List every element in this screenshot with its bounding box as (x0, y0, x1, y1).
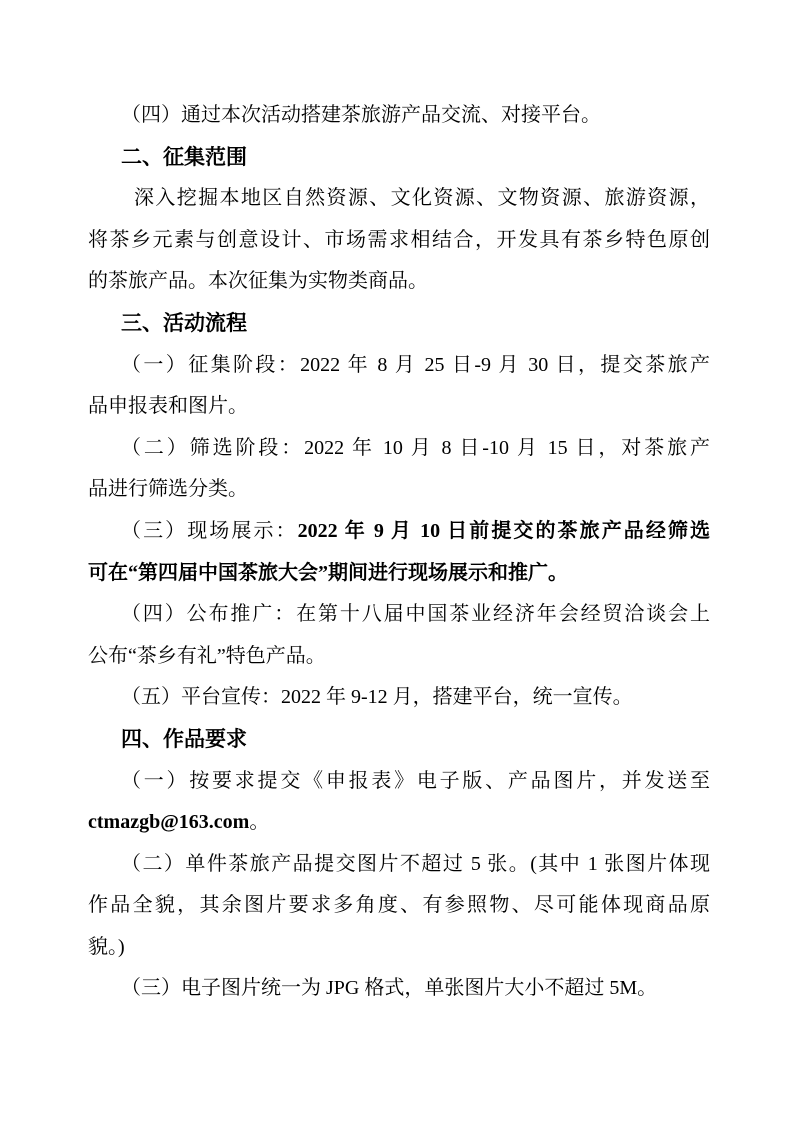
paragraph-line: （三）电子图片统一为 JPG 格式，单张图片大小不超过 5M。 (88, 968, 710, 1010)
paragraph-line: 品申报表和图片。 (88, 386, 710, 428)
paragraph-line: 的茶旅产品。本次征集为实物类商品。 (88, 261, 710, 303)
paragraph-line: 公布“茶乡有礼”特色产品。 (88, 636, 710, 678)
text-segment: （三）电子图片统一为 JPG 格式，单张图片大小不超过 5M。 (121, 977, 657, 999)
text-segment: （二）筛选阶段：2022 年 10 月 8 日-10 月 15 日，对茶旅产 (121, 437, 710, 459)
document-page: （四）通过本次活动搭建茶旅游产品交流、对接平台。二、征集范围深入挖掘本地区自然资… (0, 0, 794, 1123)
paragraph-line: （四）通过本次活动搭建茶旅游产品交流、对接平台。 (88, 95, 710, 137)
text-segment: 貌。) (88, 936, 125, 958)
text-segment: （五）平台宣传：2022 年 9-12 月，搭建平台，统一宣传。 (121, 686, 633, 708)
paragraph-line: （三）现场展示：2022 年 9 月 10 日前提交的茶旅产品经筛选 (88, 511, 710, 553)
text-segment: 品进行筛选分类。 (88, 478, 248, 500)
text-segment: （二）单件茶旅产品提交图片不超过 5 张。(其中 1 张图片体现 (121, 853, 710, 875)
paragraph-line: （二）单件茶旅产品提交图片不超过 5 张。(其中 1 张图片体现 (88, 844, 710, 886)
paragraph-line: 作品全貌，其余图片要求多角度、有参照物、尽可能体现商品原 (88, 885, 710, 927)
paragraph-line: （一）征集阶段：2022 年 8 月 25 日-9 月 30 日，提交茶旅产 (88, 345, 710, 387)
emphasized-text-segment: 四、作品要求 (121, 728, 247, 751)
emphasized-text-segment: 二、征集范围 (121, 146, 247, 169)
text-segment: （三）现场展示： (121, 520, 298, 542)
emphasized-text-segment: 可在“第四届中国茶旅大会”期间进行现场展示和推广。 (88, 562, 568, 584)
text-segment: （四）公布推广：在第十八届中国茶业经济年会经贸洽谈会上 (121, 603, 710, 625)
emphasized-text-segment: 三、活动流程 (121, 312, 247, 335)
paragraph-line: 深入挖掘本地区自然资源、文化资源、文物资源、旅游资源， (88, 178, 710, 220)
paragraph-line: （四）公布推广：在第十八届中国茶业经济年会经贸洽谈会上 (88, 594, 710, 636)
text-segment: 深入挖掘本地区自然资源、文化资源、文物资源、旅游资源， (134, 187, 710, 209)
section-heading: 四、作品要求 (88, 719, 710, 761)
text-segment: 公布“茶乡有礼”特色产品。 (88, 645, 326, 667)
text-segment: （一）征集阶段：2022 年 8 月 25 日-9 月 30 日，提交茶旅产 (121, 354, 710, 376)
text-segment: 品申报表和图片。 (88, 395, 248, 417)
paragraph-line: 貌。) (88, 927, 710, 969)
text-segment: 作品全貌，其余图片要求多角度、有参照物、尽可能体现商品原 (88, 894, 710, 916)
text-segment: 的茶旅产品。本次征集为实物类商品。 (88, 270, 428, 292)
paragraph-line: ctmazgb@163.com。 (88, 802, 710, 844)
paragraph-line: （一）按要求提交《申报表》电子版、产品图片，并发送至 (88, 761, 710, 803)
document-content: （四）通过本次活动搭建茶旅游产品交流、对接平台。二、征集范围深入挖掘本地区自然资… (88, 95, 710, 1010)
text-segment: （四）通过本次活动搭建茶旅游产品交流、对接平台。 (121, 104, 601, 126)
section-heading: 三、活动流程 (88, 303, 710, 345)
emphasized-text-segment: ctmazgb@163.com (88, 811, 249, 833)
paragraph-line: 品进行筛选分类。 (88, 469, 710, 511)
text-segment: 将茶乡元素与创意设计、市场需求相结合，开发具有茶乡特色原创 (88, 229, 710, 251)
text-segment: 。 (249, 811, 269, 833)
text-segment: （一）按要求提交《申报表》电子版、产品图片，并发送至 (121, 770, 710, 792)
paragraph-line: （二）筛选阶段：2022 年 10 月 8 日-10 月 15 日，对茶旅产 (88, 428, 710, 470)
paragraph-line: 可在“第四届中国茶旅大会”期间进行现场展示和推广。 (88, 553, 710, 595)
paragraph-line: （五）平台宣传：2022 年 9-12 月，搭建平台，统一宣传。 (88, 677, 710, 719)
emphasized-text-segment: 2022 年 9 月 10 日前提交的茶旅产品经筛选 (298, 520, 710, 542)
section-heading: 二、征集范围 (88, 137, 710, 179)
paragraph-line: 将茶乡元素与创意设计、市场需求相结合，开发具有茶乡特色原创 (88, 220, 710, 262)
